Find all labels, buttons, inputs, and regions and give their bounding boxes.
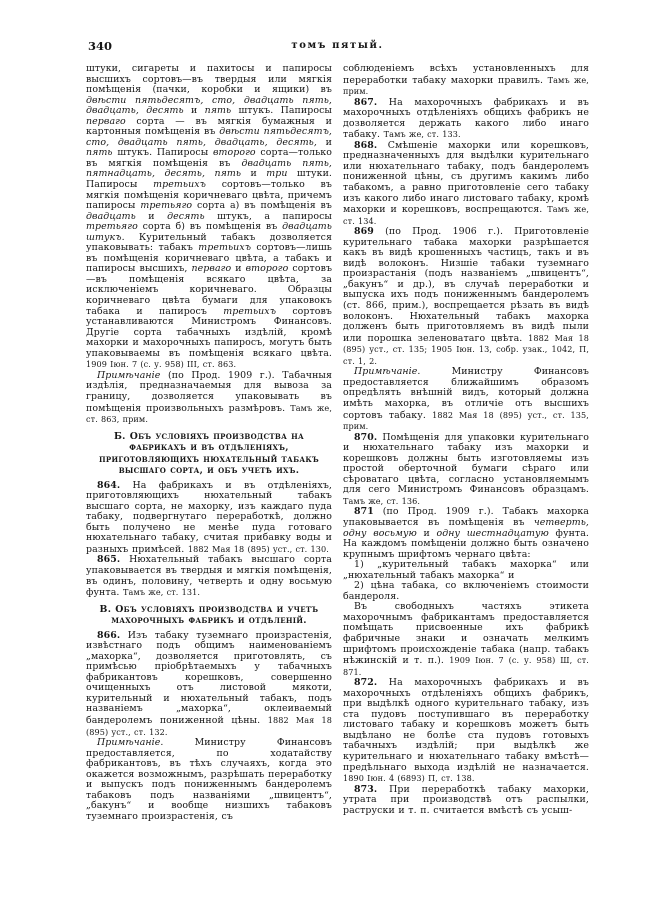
text-run: 1890 Іюн. 4 (6893) П, ст. 138.	[343, 773, 475, 783]
text-run: 864.	[97, 480, 120, 491]
body-paragraph: 870. Помѣщенія для упаковки курительнаго…	[343, 433, 589, 508]
body-paragraph: 872. На махорочныхъ фабрикахъ и въ махор…	[343, 678, 589, 784]
text-run: 873.	[354, 784, 377, 795]
text-run: Б. Объ условіяхъ производства на фабрика…	[99, 431, 319, 477]
text-run: сорта а) въ помѣщенія въ	[192, 200, 332, 211]
text-run: и	[417, 528, 437, 539]
note-paragraph: Примѣчаніе. Министру Финансовъ предостав…	[86, 738, 332, 822]
text-run: пять	[205, 105, 232, 116]
text-run: третьихъ	[223, 306, 276, 317]
text-run: Помѣщенія для упаковки курительнаго и ню…	[343, 432, 589, 496]
text-run: и	[184, 105, 205, 116]
text-run: 2) цѣна табака, со включеніемъ стоимости…	[343, 580, 589, 602]
text-run: При переработкѣ табаку махорки, утрата п…	[343, 784, 589, 816]
text-run: 866.	[97, 630, 120, 641]
text-run: три	[266, 168, 287, 179]
text-run: 871	[354, 506, 374, 517]
text-run: второго	[213, 147, 256, 158]
text-run: и	[317, 137, 332, 148]
text-run: 1882 Мая 18 (895) уст., ст. 130.	[188, 544, 329, 554]
body-paragraph: 1) „курительный табакъ махорка“ или „нюх…	[343, 560, 589, 581]
text-columns: штуки, сигареты и пахитосы и папиросы вы…	[86, 64, 589, 856]
text-run: перваго	[192, 263, 232, 274]
text-run: третьяго	[140, 200, 192, 211]
body-paragraph: 869 (по Прод. 1906 г.). Приготовленіе ку…	[343, 227, 589, 367]
text-run: штукъ. Папиросы	[231, 105, 332, 116]
body-paragraph: 2) цѣна табака, со включеніемъ стоимости…	[343, 581, 589, 602]
running-title: томъ пятый.	[86, 40, 589, 51]
text-run: На махорочныхъ фабрикахъ и въ махорочных…	[343, 677, 589, 772]
text-run: штукъ, а папиросы	[205, 211, 332, 222]
text-run: и	[231, 263, 245, 274]
left-column: штуки, сигареты и пахитосы и папиросы вы…	[86, 64, 332, 856]
text-run: Примѣчаніе.	[97, 737, 163, 748]
text-run: Тамъ же, ст. 131.	[123, 587, 200, 597]
text-run: Примѣчаніе.	[354, 366, 420, 377]
body-paragraph: 868. Смѣшеніе махорки или корешковъ, пре…	[343, 141, 589, 227]
text-run: и	[136, 211, 167, 222]
text-run: сорта б) въ помѣщенія въ	[138, 221, 282, 232]
text-run: двадцать	[86, 211, 136, 222]
text-run: штукъ. Папиросы	[113, 147, 213, 158]
body-paragraph: соблюденіемъ всѣхъ установленныхъ для пе…	[343, 64, 589, 98]
text-run: 869	[354, 226, 374, 237]
text-run: и	[241, 168, 266, 179]
text-run: одну шестнадцатую	[436, 528, 548, 539]
body-paragraph: 864. На фабрикахъ и въ отдѣленіяхъ, приг…	[86, 481, 332, 556]
body-paragraph: штуки, сигареты и пахитосы и папиросы вы…	[86, 64, 332, 371]
body-paragraph: 871 (по Прод. 1909 г.). Табакъ махорка у…	[343, 507, 589, 560]
text-run: штуки, сигареты и пахитосы и папиросы вы…	[86, 64, 332, 95]
text-run: Изъ табаку туземнаго произрастенія, извѣ…	[86, 630, 332, 726]
text-run: Тамъ же, ст. 136.	[343, 496, 420, 506]
section-heading: В. Объ условіяхъ производства и учетъ ма…	[90, 604, 328, 627]
body-paragraph: 866. Изъ табаку туземнаго произрастенія,…	[86, 631, 332, 738]
page-header: 340 томъ пятый.	[86, 39, 589, 55]
text-run: 868.	[354, 140, 377, 151]
text-run: перваго	[86, 116, 126, 127]
text-run: третьихъ	[153, 179, 206, 190]
note-paragraph: Примѣчаніе (по Прод. 1909 г.). Табачныя …	[86, 371, 332, 426]
text-run: 872.	[354, 677, 377, 688]
scanned-book-page: 340 томъ пятый. штуки, сигареты и пахито…	[0, 0, 660, 908]
text-run: В. Объ условіяхъ производства и учетъ ма…	[100, 604, 319, 627]
section-heading: Б. Объ условіяхъ производства на фабрика…	[90, 431, 328, 477]
text-run: второго	[246, 263, 289, 274]
text-run: 1909 Іюн. 7 (с. у. 958) III, ст. 863.	[86, 359, 236, 369]
text-run: третьихъ	[198, 242, 251, 253]
body-paragraph: 873. При переработкѣ табаку махорки, утр…	[343, 785, 589, 817]
text-run: Примѣчаніе	[97, 370, 160, 381]
text-run: 865.	[97, 554, 120, 565]
text-run: пять	[86, 147, 113, 158]
body-paragraph: 865. Нюхательный табакъ высшаго сорта уп…	[86, 555, 332, 598]
right-column: соблюденіемъ всѣхъ установленныхъ для пе…	[343, 64, 589, 856]
text-run: 1) „курительный табакъ махорка“ или „нюх…	[343, 559, 589, 581]
body-paragraph: Въ свободныхъ частяхъ этикета махорочным…	[343, 602, 589, 678]
note-paragraph: Примѣчаніе. Министру Финансовъ предостав…	[343, 367, 589, 432]
text-run: 870.	[354, 432, 377, 443]
body-paragraph: 867. На махорочныхъ фабрикахъ и въ махор…	[343, 98, 589, 141]
text-run: Тамъ же, ст. 133.	[384, 129, 461, 139]
text-run: десять	[167, 211, 205, 222]
text-run: третьяго	[86, 221, 138, 232]
text-run: (по Прод. 1906 г.). Приготовленіе курите…	[343, 226, 589, 343]
text-run: Министру Финансовъ предоставляется, по х…	[86, 737, 332, 822]
text-run: 867.	[354, 97, 377, 108]
text-run: На махорочныхъ фабрикахъ и въ махорочных…	[343, 97, 589, 141]
